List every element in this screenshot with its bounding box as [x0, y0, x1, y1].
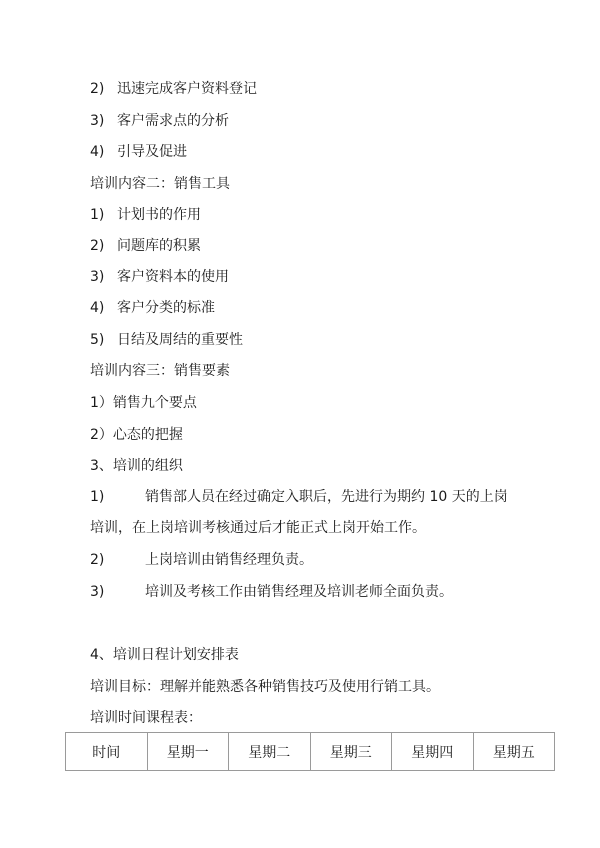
list-item: 1)计划书的作用: [90, 205, 201, 225]
section-heading: 培训内容二：销售工具: [90, 174, 230, 194]
schedule-table: 时间 星期一 星期二 星期三 星期四 星期五: [65, 732, 555, 771]
list-text: 客户资料本的使用: [117, 269, 229, 285]
list-number: 4): [90, 298, 117, 318]
list-number: 5): [90, 330, 117, 350]
list-number: 1): [90, 487, 145, 507]
list-number: 3): [90, 111, 117, 131]
section-heading: 培训内容三：销售要素: [90, 361, 230, 381]
table-header-cell: 星期一: [147, 733, 229, 771]
list-item: 4)引导及促进: [90, 142, 187, 162]
table-header-cell: 时间: [66, 733, 148, 771]
table-caption: 培训时间课程表：: [90, 708, 202, 728]
list-text: 引导及促进: [117, 144, 187, 160]
list-text: 培训及考核工作由销售经理及培训老师全面负责。: [145, 584, 453, 600]
list-item: 2）心态的把握: [90, 425, 183, 445]
list-number: 4): [90, 142, 117, 162]
list-number: 3): [90, 267, 117, 287]
list-item: 2)上岗培训由销售经理负责。: [90, 550, 313, 570]
section-heading: 4、培训日程计划安排表: [90, 645, 239, 665]
list-item: 2)迅速完成客户资料登记: [90, 79, 257, 99]
list-item: 3)客户资料本的使用: [90, 267, 229, 287]
list-item: 2)问题库的积累: [90, 236, 201, 256]
table-header-cell: 星期五: [473, 733, 555, 771]
list-text: 客户需求点的分析: [117, 113, 229, 129]
list-number: 2): [90, 79, 117, 99]
list-number: 2): [90, 236, 117, 256]
list-item: 1）销售九个要点: [90, 393, 197, 413]
table-header-cell: 星期四: [392, 733, 474, 771]
list-item: 5)日结及周结的重要性: [90, 330, 243, 350]
table-header-cell: 星期三: [310, 733, 392, 771]
list-text: 上岗培训由销售经理负责。: [145, 552, 313, 568]
list-item: 3)客户需求点的分析: [90, 111, 229, 131]
list-number: 2): [90, 550, 145, 570]
list-text: 销售部人员在经过确定入职后，先进行为期约 10 天的上岗: [145, 489, 508, 505]
list-text: 客户分类的标准: [117, 300, 215, 316]
list-text: 日结及周结的重要性: [117, 332, 243, 348]
training-goal: 培训目标：理解并能熟悉各种销售技巧及使用行销工具。: [90, 677, 440, 697]
table-header-cell: 星期二: [229, 733, 311, 771]
list-text: 计划书的作用: [117, 207, 201, 223]
list-item-continuation: 培训，在上岗培训考核通过后才能正式上岗开始工作。: [90, 518, 426, 538]
list-text: 迅速完成客户资料登记: [117, 81, 257, 97]
table-header-row: 时间 星期一 星期二 星期三 星期四 星期五: [66, 733, 555, 771]
list-number: 1): [90, 205, 117, 225]
list-item: 1)销售部人员在经过确定入职后，先进行为期约 10 天的上岗: [90, 487, 508, 507]
list-item: 4)客户分类的标准: [90, 298, 215, 318]
section-heading: 3、培训的组织: [90, 456, 183, 476]
list-number: 3): [90, 582, 145, 602]
list-item: 3)培训及考核工作由销售经理及培训老师全面负责。: [90, 582, 453, 602]
list-text: 问题库的积累: [117, 238, 201, 254]
